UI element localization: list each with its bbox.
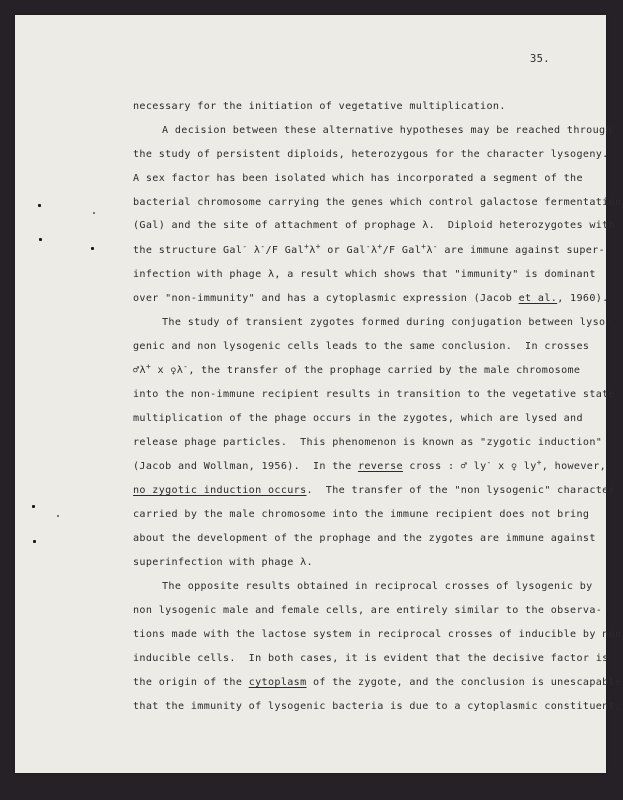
text-line: superinfection with phage λ. xyxy=(133,556,313,570)
text-segment: are immune against super- xyxy=(438,245,605,256)
text-segment: , however, xyxy=(542,461,606,472)
text-line: A decision between these alternative hyp… xyxy=(162,124,612,138)
margin-speck xyxy=(39,238,42,241)
text-line: The study of transient zygotes formed du… xyxy=(162,316,612,330)
text-line: inducible cells. In both cases, it is ev… xyxy=(133,652,609,666)
female-symbol-icon: ♀ xyxy=(170,365,176,379)
text-segment: x xyxy=(151,365,170,376)
margin-speck xyxy=(57,515,59,517)
text-line-cross: ♂λ+ x ♀λ-, the transfer of the prophage … xyxy=(133,364,580,378)
text-segment: , 1960). xyxy=(557,293,608,304)
margin-speck xyxy=(38,204,41,207)
text-line: that the immunity of lysogenic bacteria … xyxy=(133,700,621,714)
text-line: non lysogenic male and female cells, are… xyxy=(133,604,602,618)
text-segment: . The transfer of the "non lysogenic" ch… xyxy=(307,485,616,496)
female-symbol-icon: ♀ xyxy=(511,461,517,475)
text-line: release phage particles. This phenomenon… xyxy=(133,436,602,450)
underlined-no-zygotic-induction: no zygotic induction occurs xyxy=(133,485,307,496)
page-number: 35. xyxy=(530,53,550,65)
text-line: (Gal) and the site of attachment of prop… xyxy=(133,219,615,233)
text-line-citation: over "non-immunity" and has a cytoplasmi… xyxy=(133,292,609,306)
text-segment: /F Gal xyxy=(265,245,304,256)
margin-speck xyxy=(93,212,95,214)
margin-speck xyxy=(91,247,94,250)
text-line: genic and non lysogenic cells leads to t… xyxy=(133,340,589,354)
text-line: infection with phage λ, a result which s… xyxy=(133,268,596,282)
text-segment: or Gal xyxy=(321,245,366,256)
text-line: The opposite results obtained in recipro… xyxy=(162,580,593,594)
text-segment: of the zygote, and the conclusion is une… xyxy=(307,677,623,688)
underlined-et-al: et al. xyxy=(519,293,558,304)
text-line: bacterial chromosome carrying the genes … xyxy=(133,196,621,210)
text-line: necessary for the initiation of vegetati… xyxy=(133,100,506,114)
text-segment: over "non-immunity" and has a cytoplasmi… xyxy=(133,293,519,304)
text-segment: , the transfer of the prophage carried b… xyxy=(188,365,580,376)
text-line: carried by the male chromosome into the … xyxy=(133,508,589,522)
text-line-genotypes: the structure Gal- λ-/F Gal+λ+ or Gal-λ+… xyxy=(133,244,605,258)
underlined-cytoplasm: cytoplasm xyxy=(249,677,307,688)
text-segment: ly xyxy=(517,461,536,472)
text-line: tions made with the lactose system in re… xyxy=(133,628,621,642)
text-line-cytoplasm: the origin of the cytoplasm of the zygot… xyxy=(133,676,623,690)
text-line: the study of persistent diploids, hetero… xyxy=(133,148,609,162)
text-segment: the structure Gal xyxy=(133,245,242,256)
text-segment: ly xyxy=(467,461,486,472)
margin-speck xyxy=(33,540,36,543)
text-line: into the non-immune recipient results in… xyxy=(133,388,623,402)
text-segment: (Jacob and Wollman, 1956). In the xyxy=(133,461,358,472)
text-segment: the origin of the xyxy=(133,677,249,688)
text-line: about the development of the prophage an… xyxy=(133,532,596,546)
text-line-reverse-cross: (Jacob and Wollman, 1956). In the revers… xyxy=(133,460,606,474)
text-line-no-induction: no zygotic induction occurs. The transfe… xyxy=(133,484,615,498)
text-line: A sex factor has been isolated which has… xyxy=(133,172,583,186)
text-segment: λ xyxy=(247,245,260,256)
margin-speck xyxy=(32,505,35,508)
text-segment: cross : xyxy=(403,461,461,472)
underlined-reverse: reverse xyxy=(358,461,403,472)
text-line: multiplication of the phage occurs in th… xyxy=(133,412,583,426)
text-segment: /F Gal xyxy=(383,245,422,256)
text-segment: x xyxy=(492,461,511,472)
